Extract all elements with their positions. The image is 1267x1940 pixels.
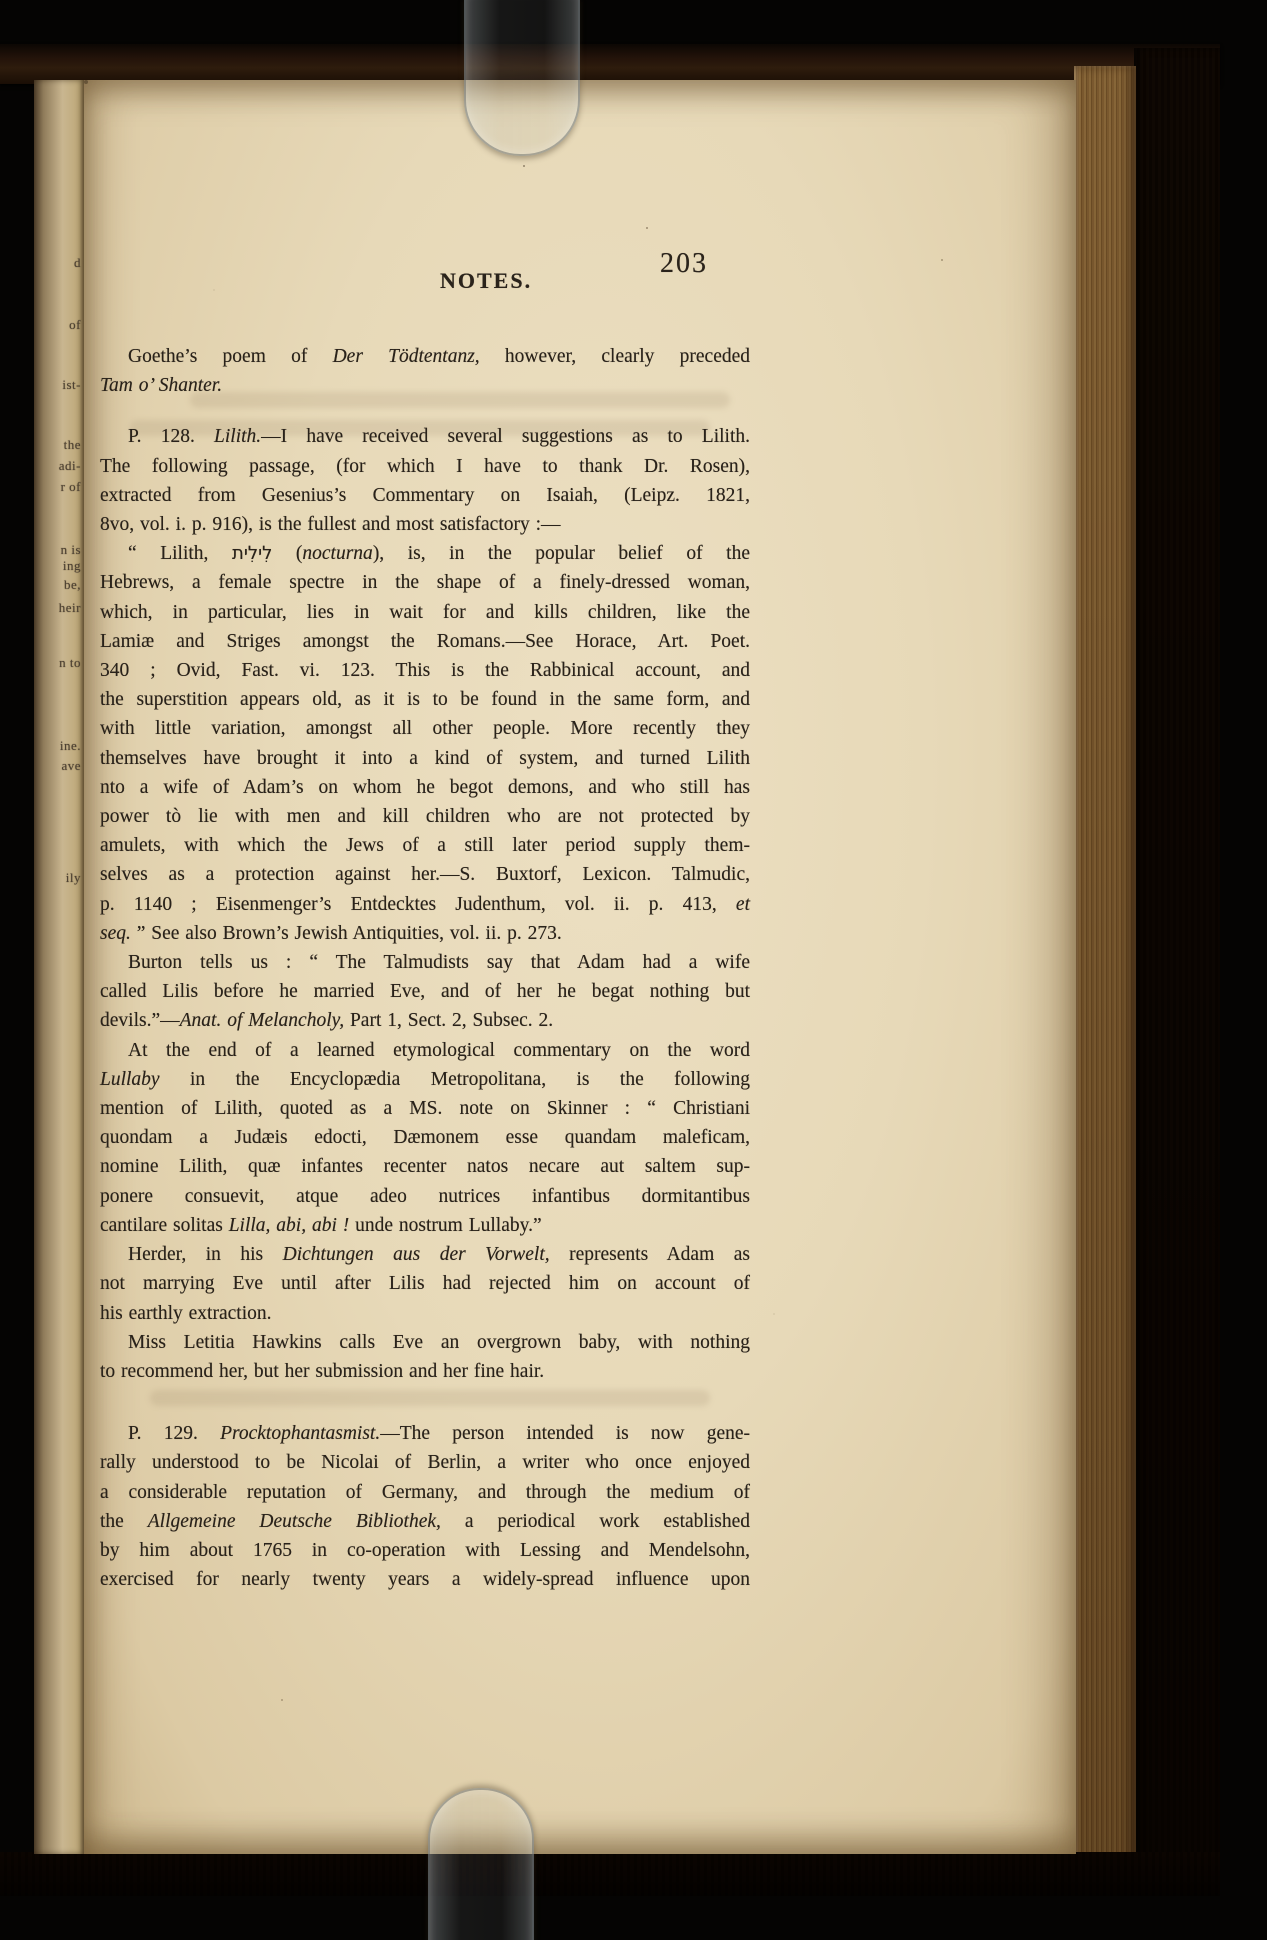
text-segment: p. 1140 ; Eisenmenger’s Entdecktes Juden… <box>100 894 736 915</box>
text-segment: Hebrews, a female spectre in the shape o… <box>100 572 750 593</box>
margin-fragment: heir <box>59 600 81 616</box>
page-stack-fore-edge <box>1074 66 1136 1866</box>
text-line: the Allgemeine Deutsche Bibliothek, a pe… <box>100 1507 750 1536</box>
text-segment: ” See also Brown’s Jewish Antiquities, v… <box>131 923 562 944</box>
text-line: called Lilis before he married Eve, and … <box>100 977 750 1006</box>
text-segment: however, clearly preceded <box>480 346 750 367</box>
margin-fragment: of <box>69 317 81 333</box>
text-line: p. 1140 ; Eisenmenger’s Entdecktes Juden… <box>100 890 750 919</box>
text-line: the superstition appears old, as it is t… <box>100 685 750 714</box>
text-line: rally understood to be Nicolai of Berlin… <box>100 1448 750 1477</box>
paragraph: At the end of a learned etymological com… <box>100 1036 750 1240</box>
text-segment: ( <box>272 543 302 564</box>
text-line: not marrying Eve until after Lilis had r… <box>100 1269 750 1298</box>
book-cover-right-edge <box>1134 48 1220 1896</box>
text-line: Herder, in his Dichtungen aus der Vorwel… <box>100 1240 750 1269</box>
text-segment: unde nostrum Lullaby.” <box>349 1215 541 1236</box>
text-segment: P. 128. <box>128 426 214 447</box>
text-segment: with little variation, amongst all other… <box>100 718 750 739</box>
text-segment: ponere consuevit, atque adeo nutrices in… <box>100 1186 750 1207</box>
paper-speckles <box>84 80 88 84</box>
margin-fragment: d <box>74 255 81 271</box>
text-line: Lullaby in the Encyclopædia Metropolitan… <box>100 1065 750 1094</box>
text-segment: his earthly extraction. <box>100 1303 271 1324</box>
text-line: to recommend her, but her submission and… <box>100 1357 750 1386</box>
text-segment: 8vo, vol. i. p. 916), is the fullest and… <box>100 514 561 535</box>
text-segment: cantilare solitas <box>100 1215 229 1236</box>
book-cover-top-edge <box>0 44 1220 84</box>
text-segment: Lilla, abi, abi ! <box>229 1215 350 1236</box>
text-line: a considerable reputation of Germany, an… <box>100 1478 750 1507</box>
text-segment: At the end of a learned etymological com… <box>128 1040 750 1061</box>
text-segment: Procktophantasmist. <box>220 1423 380 1444</box>
text-segment: nomine Lilith, quæ infantes recenter nat… <box>100 1156 750 1177</box>
text-line: mention of Lilith, quoted as a MS. note … <box>100 1094 750 1123</box>
text-segment: Burton tells us : “ The Talmudists say t… <box>128 952 750 973</box>
text-segment: which, in particular, lies in wait for a… <box>100 602 750 623</box>
text-segment: not marrying Eve until after Lilis had r… <box>100 1273 750 1294</box>
text-line: his earthly extraction. <box>100 1299 750 1328</box>
margin-fragment: ine. <box>60 738 81 754</box>
text-line: power tò lie with men and kill children … <box>100 802 750 831</box>
text-line: Burton tells us : “ The Talmudists say t… <box>100 948 750 977</box>
text-segment: Herder, in his <box>128 1244 283 1265</box>
text-segment: “ Lilith, <box>128 543 232 564</box>
text-line: nto a wife of Adam’s on whom he begot de… <box>100 773 750 802</box>
text-segment: the <box>100 1511 148 1532</box>
book-cover-bottom-edge <box>0 1852 1220 1896</box>
text-segment: P. 129. <box>128 1423 220 1444</box>
margin-fragment: adi- <box>59 458 81 474</box>
text-segment: Lullaby <box>100 1069 160 1090</box>
text-line: P. 129. Procktophantasmist.—The person i… <box>100 1419 750 1448</box>
text-segment: a considerable reputation of Germany, an… <box>100 1482 750 1503</box>
text-segment: rally understood to be Nicolai of Berlin… <box>100 1452 750 1473</box>
text-segment: Dichtungen aus der Vorwelt, <box>283 1244 550 1265</box>
text-segment: power tò lie with men and kill children … <box>100 806 750 827</box>
text-segment: Goethe’s poem of <box>128 346 333 367</box>
text-segment: the superstition appears old, as it is t… <box>100 689 750 710</box>
text-segment: et <box>736 894 750 915</box>
text-segment: Tam o’ Shanter. <box>100 375 222 396</box>
text-line: themselves have brought it into a kind o… <box>100 744 750 773</box>
text-line: 8vo, vol. i. p. 916), is the fullest and… <box>100 510 750 539</box>
text-segment: 340 ; Ovid, Fast. vi. 123. This is the R… <box>100 660 750 681</box>
text-segment: Part 1, Sect. 2, Subsec. 2. <box>344 1010 553 1031</box>
text-segment: —I have received several suggestions as … <box>261 426 750 447</box>
text-segment: The following passage, (for which I have… <box>100 456 750 477</box>
margin-fragment: be, <box>64 577 81 593</box>
text-line: which, in particular, lies in wait for a… <box>100 598 750 627</box>
text-segment: amulets, with which the Jews of a still … <box>100 835 750 856</box>
margin-fragment: ing <box>63 558 81 574</box>
text-segment: extracted from Gesenius’s Commentary on … <box>100 485 750 506</box>
text-line: selves as a protection against her.—S. B… <box>100 860 750 889</box>
text-segment: exercised for nearly twenty years a wide… <box>100 1569 750 1590</box>
paragraph: Goethe’s poem of Der Tödtentanz, however… <box>100 342 750 400</box>
hebrew-word: לִילִית <box>232 543 272 564</box>
paragraph: P. 128. Lilith.—I have received several … <box>100 422 750 539</box>
margin-fragment: n to <box>59 655 81 671</box>
text-line: devils.”—Anat. of Melancholy, Part 1, Se… <box>100 1006 750 1035</box>
text-segment: in the Encyclopædia Metropolitana, is th… <box>160 1069 750 1090</box>
text-line: extracted from Gesenius’s Commentary on … <box>100 481 750 510</box>
text-segment: selves as a protection against her.—S. B… <box>100 864 750 885</box>
text-block: Goethe’s poem of Der Tödtentanz, however… <box>100 342 750 1594</box>
paragraph: Miss Letitia Hawkins calls Eve an overgr… <box>100 1328 750 1386</box>
text-line: At the end of a learned etymological com… <box>100 1036 750 1065</box>
text-segment: called Lilis before he married Eve, and … <box>100 981 750 1002</box>
text-line: cantilare solitas Lilla, abi, abi ! unde… <box>100 1211 750 1240</box>
text-segment: themselves have brought it into a kind o… <box>100 748 750 769</box>
page-number: 203 <box>660 248 708 280</box>
margin-fragment: the <box>64 437 81 453</box>
text-segment: Allgemeine Deutsche Bibliothek, <box>148 1511 441 1532</box>
text-line: amulets, with which the Jews of a still … <box>100 831 750 860</box>
text-line: “ Lilith, לִילִית (nocturna), is, in the… <box>100 539 750 568</box>
margin-fragment: r of <box>61 479 81 495</box>
text-segment: seq. <box>100 923 131 944</box>
text-line: exercised for nearly twenty years a wide… <box>100 1565 750 1594</box>
text-line: Miss Letitia Hawkins calls Eve an overgr… <box>100 1328 750 1357</box>
text-line: Hebrews, a female spectre in the shape o… <box>100 568 750 597</box>
text-line: ponere consuevit, atque adeo nutrices in… <box>100 1182 750 1211</box>
text-segment: ), is, in the popular belief of the <box>373 543 750 564</box>
paragraph: P. 129. Procktophantasmist.—The person i… <box>100 1419 750 1594</box>
text-line: Goethe’s poem of Der Tödtentanz, however… <box>100 342 750 371</box>
text-segment: represents Adam as <box>550 1244 750 1265</box>
text-segment: Lilith. <box>214 426 261 447</box>
scanner-strap-top <box>464 0 580 156</box>
running-head-title: NOTES. <box>440 268 532 294</box>
text-segment: to recommend her, but her submission and… <box>100 1361 544 1382</box>
text-line: Lamiæ and Striges amongst the Romans.—Se… <box>100 627 750 656</box>
text-segment: nocturna <box>302 543 372 564</box>
text-segment: by him about 1765 in co-operation with L… <box>100 1540 750 1561</box>
text-segment: nto a wife of Adam’s on whom he begot de… <box>100 777 750 798</box>
text-line: 340 ; Ovid, Fast. vi. 123. This is the R… <box>100 656 750 685</box>
scanner-strap-bottom <box>428 1788 534 1940</box>
text-segment: —The person intended is now gene- <box>380 1423 750 1444</box>
paragraph: Burton tells us : “ The Talmudists say t… <box>100 948 750 1036</box>
paragraph: “ Lilith, לִילִית (nocturna), is, in the… <box>100 539 750 948</box>
margin-fragment: ist- <box>62 377 81 393</box>
margin-fragment: ave <box>61 758 81 774</box>
margin-fragment: ily <box>66 870 81 886</box>
text-line: with little variation, amongst all other… <box>100 714 750 743</box>
text-line: seq. ” See also Brown’s Jewish Antiquiti… <box>100 919 750 948</box>
text-line: P. 128. Lilith.—I have received several … <box>100 422 750 451</box>
text-segment: Der Tödtentanz, <box>333 346 480 367</box>
text-segment: quondam a Judæis edocti, Dæmonem esse qu… <box>100 1127 750 1148</box>
text-line: nomine Lilith, quæ infantes recenter nat… <box>100 1152 750 1181</box>
text-line: The following passage, (for which I have… <box>100 452 750 481</box>
text-line: by him about 1765 in co-operation with L… <box>100 1536 750 1565</box>
text-segment: devils.”— <box>100 1010 180 1031</box>
text-segment: a periodical work established <box>441 1511 750 1532</box>
margin-fragment: n is <box>61 542 81 558</box>
text-segment: mention of Lilith, quoted as a MS. note … <box>100 1098 750 1119</box>
text-segment: Lamiæ and Striges amongst the Romans.—Se… <box>100 631 750 652</box>
text-line: quondam a Judæis edocti, Dæmonem esse qu… <box>100 1123 750 1152</box>
scanned-book-photo: { "page": { "header": { "title": "NOTES.… <box>0 0 1267 1940</box>
prev-page-edge: dofist-theadi-r ofn isingbe,heirn toine.… <box>34 80 86 1854</box>
text-segment: Anat. of Melancholy, <box>180 1010 344 1031</box>
text-segment: Miss Letitia Hawkins calls Eve an overgr… <box>128 1332 750 1353</box>
text-line: Tam o’ Shanter. <box>100 371 750 400</box>
paragraph: Herder, in his Dichtungen aus der Vorwel… <box>100 1240 750 1328</box>
